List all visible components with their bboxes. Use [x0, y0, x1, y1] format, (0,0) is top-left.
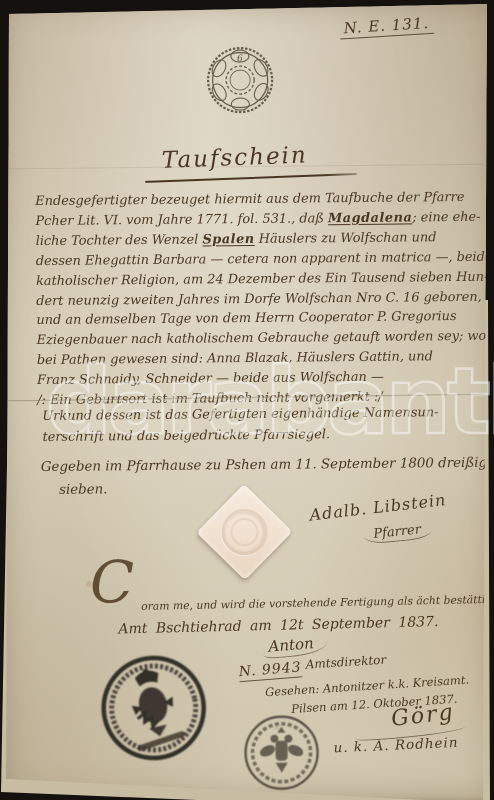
body-line-text: dert neunzig zweiten Jahres im Dorfe Wol…: [36, 289, 482, 308]
official-title: Amtsdirektor: [305, 653, 386, 672]
official-signature-3: u. k. A. Rodhein: [333, 735, 459, 757]
body-paragraph: Endesgefertigter bezeuget hiermit aus de…: [35, 188, 469, 411]
district-office-ink-stamp-icon: [88, 642, 220, 777]
attestation-paragraph: Urkund dessen ist das Gefertigten eigenh…: [42, 402, 472, 448]
underlined-name: Magdalena: [328, 210, 412, 226]
document-title: Taufschein: [161, 142, 308, 173]
issuance-text: Gegeben im Pfarrhause zu Pshen am 11. Se…: [41, 456, 487, 475]
official-signature-1: Anton: [262, 633, 329, 659]
body-line-text: Eziegenbauer nach katholischem Gebrauche…: [37, 329, 491, 348]
certificate-content: N. E. 131.: [0, 0, 494, 800]
body-line-text: terschrift und das beigedrückte Pfarrsie…: [42, 427, 330, 445]
office-date-line: Amt Bschtiehrad am 12t September 1837.: [118, 614, 438, 638]
certificate-paper: N. E. 131.: [0, 0, 494, 800]
title-underline: [145, 173, 357, 183]
registry-number: N. 9943: [238, 659, 302, 682]
body-line-text: bei Pathen gewesen sind: Anna Blazak, Hä…: [37, 349, 433, 368]
pastor-title: Pfarrer: [363, 521, 432, 544]
document-photo: N. E. 131.: [0, 0, 494, 800]
reference-number: N. E. 131.: [339, 14, 434, 40]
body-line-text: dessen Ehegattin Barbara — cetera non ap…: [36, 249, 493, 268]
issuance-line: Gegeben im Pfarrhause zu Pshen am 11. Se…: [41, 453, 471, 480]
body-line-text: Endesgefertigter bezeuget hiermit aus de…: [35, 190, 464, 209]
body-line-text: und an demselben Tage von dem Herrn Coop…: [36, 309, 456, 328]
body-line-text: Pcher Lit. VI. vom Jahre 1771. fol. 531.…: [35, 211, 328, 229]
coram-statement: oram me, und wird die vorstehende Fertig…: [141, 593, 494, 613]
body-line-text: Häuslers zu Wolfschan und: [255, 230, 437, 247]
body-line-text: liche Tochter des Wenzel: [36, 232, 203, 249]
body-line-text: katholischer Religion, am 24 Dezember de…: [36, 269, 488, 288]
underlined-surname: Spalen: [202, 232, 254, 247]
coram-initial: C: [90, 553, 135, 611]
body-line-text: Urkund dessen ist das Gefertigten eigenh…: [42, 405, 438, 424]
revenue-stamp-rosette-icon: 6: [204, 44, 277, 121]
revenue-stamp-value: 6: [237, 54, 243, 64]
issuance-text: sieben.: [59, 482, 108, 497]
body-line-text: ; eine ehe-: [412, 210, 480, 226]
double-eagle-ink-stamp-icon: [241, 712, 322, 797]
body-line-text: Franz Schnaidy, Schneider — beide aus Wo…: [37, 370, 384, 388]
body-line: Urkund dessen ist das Gefertigten eigenh…: [42, 402, 472, 427]
body-line: terschrift und das beigedrückte Pfarrsie…: [42, 423, 472, 448]
